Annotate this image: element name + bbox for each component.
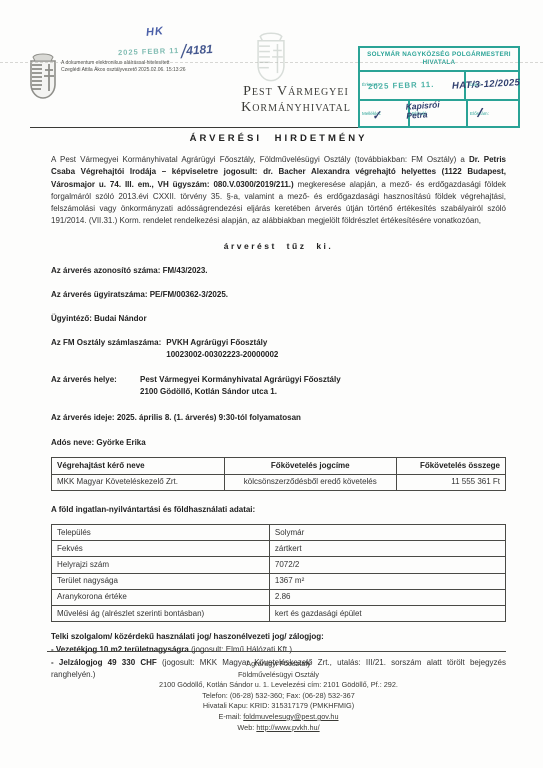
watermark-coat-of-arms-icon [253,30,289,86]
land-value-cultivation: kert és gazdasági épület [269,606,505,622]
claims-header-title: Főkövetelés jogcíme [224,458,397,474]
land-value-location: zártkert [269,541,505,557]
footer-phone-fax: Telefon: (06-28) 532-360; Fax: (06-28) 5… [51,691,506,702]
claims-creditor: MKK Magyar Követeléskezelő Zrt. [52,474,225,490]
land-label-goldcrown: Aranykorona értéke [52,589,270,605]
stamp-number-handwritten: HAT/3-12/2025 [452,77,521,92]
footer-address: 2100 Gödöllő, Kotlán Sándor u. 1. Levele… [51,680,506,691]
document-title: ÁRVERÉSI HIRDETMÉNY [51,133,506,145]
handwritten-number: /4181 [180,40,213,64]
land-row-area: Terület nagysága 1367 m² [52,573,506,589]
encumbrances-title: Telki szolgalom/ közérdekű használati jo… [51,631,506,643]
account-line1: PVKH Agrárügyi Főosztály [166,337,278,349]
footer-email-label: E-mail: [218,712,243,721]
venue-line2: 2100 Gödöllő, Kotlán Sándor utca 1. [140,386,341,398]
claims-data-row: MKK Magyar Követeléskezelő Zrt. kölcsöns… [52,474,506,490]
land-row-cultivation: Művelési ág (alrészlet szerinti bontásba… [52,606,506,622]
land-value-parcel: 7072/2 [269,557,505,573]
venue-values: Pest Vármegyei Kormányhivatal Agrárügyi … [140,374,341,398]
stamp-prenumber-mark: / [477,105,483,120]
account-number-block: Az FM Osztály számlaszáma: PVKH Agrárügy… [51,337,506,361]
footer-contact-block: Agrárügyi Főosztály Földművelésügyi Oszt… [51,659,506,733]
scanned-document-page: HK 2025 FEBR 11/4181 A dokumentum elektr… [0,0,543,768]
claims-claim-title: kölcsönszerződésből eredő követelés [224,474,397,490]
land-label-area: Terület nagysága [52,573,270,589]
land-label-settlement: Település [52,525,270,541]
stamp-number-cell: Szám: HAT/3-12/2025 [464,72,518,99]
stamp-clerk-cell: Előadó: Kapisrói Petra [408,101,466,126]
footer-division: Földművelésügyi Osztály [51,670,506,681]
stamp-prenumber-cell: Előszám: / [466,101,518,126]
land-row-settlement: Település Solymár [52,525,506,541]
date-stamp-top: 2025 FEBR 11 [118,46,179,57]
footer-web-link: http://www.pvkh.hu/ [256,723,319,732]
footer-email-line: E-mail: foldmuvelesugy@pest.gov.hu [51,712,506,723]
stamp-attachment-cell: Melléklet: ✓ [360,101,408,126]
stamp-received-date: 2025 FEBR 11. [368,80,435,91]
auction-time-line: Az árverés ideje: 2025. április 8. (1. á… [51,412,506,424]
clerk-line: Ügyintéző: Budai Nándor [51,313,506,325]
venue-label: Az árverés helye: [51,374,140,398]
land-label-location: Fekvés [52,541,270,557]
land-value-area: 1367 m² [269,573,505,589]
land-label-parcel: Helyrajzi szám [52,557,270,573]
hungarian-coat-of-arms-icon [27,51,59,103]
account-values: PVKH Agrárügyi Főosztály 10023002-003022… [166,337,278,361]
esign-line2: Czeglédi Attila Ákos osztályvezető 2025.… [61,67,186,74]
claims-header-creditor: Végrehajtást kérő neve [52,458,225,474]
debtor-line: Adós neve: Györke Erika [51,437,506,449]
intro-part1: A Pest Vármegyei Kormányhivatal Agrárügy… [51,155,469,164]
land-label-cultivation: Művelési ág (alrészlet szerinti bontásba… [52,606,270,622]
venue-block: Az árverés helye: Pest Vármegyei Kormány… [51,374,506,398]
account-line2: 10023002-00302223-20000002 [166,349,278,361]
easement-rest: (jogosult: Elmű Hálózati Kft.) [189,645,292,654]
stamp-office-title: SOLYMÁR NAGYKÖZSÉG POLGÁRMESTERI HIVATAL… [360,48,518,72]
footer-email-link: foldmuvelesugy@pest.gov.hu [243,712,338,721]
intro-paragraph: A Pest Vármegyei Kormányhivatal Agrárügy… [51,154,506,227]
land-value-settlement: Solymár [269,525,505,541]
land-row-location: Fekvés zártkert [52,541,506,557]
footer-web-line: Web: http://www.pvkh.hu/ [51,723,506,734]
footer-department: Agrárügyi Főosztály [51,659,506,670]
claims-header-row: Végrehajtást kérő neve Főkövetelés jogcí… [52,458,506,474]
handwritten-registry-note: HK 2025 FEBR 11/4181 [118,22,248,63]
land-row-goldcrown: Aranykorona értéke 2.86 [52,589,506,605]
handwritten-initials: HK [145,25,164,39]
case-number-line: Az árverés ügyiratszáma: PE/FM/00362-3/2… [51,289,506,301]
land-data-table: Település Solymár Fekvés zártkert Helyra… [51,524,506,622]
claims-amount: 11 555 361 Ft [397,474,506,490]
claims-header-amount: Főkövetelés összege [397,458,506,474]
footer-web-label: Web: [237,723,256,732]
footer-divider [47,651,506,652]
footer-hivatali-kapu: Hivatali Kapu: KRID: 315317179 (PMKHFMIG… [51,701,506,712]
stamp-clerk-handwritten: Kapisrói Petra [405,99,456,120]
venue-line1: Pest Vármegyei Kormányhivatal Agrárügyi … [140,374,341,386]
land-data-heading: A föld ingatlan-nyilvántartási és földha… [51,504,506,516]
document-body: ÁRVERÉSI HIRDETMÉNY A Pest Vármegyei Kor… [51,133,506,681]
land-row-parcel: Helyrajzi szám 7072/2 [52,557,506,573]
account-label: Az FM Osztály számlaszáma: [51,337,161,361]
easement-bold: - Vezetékjog 10 m2 területnagyságra [51,645,189,654]
stamp-received-cell: Érkezett: 2025 FEBR 11. [360,72,464,99]
auction-declaration: árverést tűz ki. [51,240,506,252]
stamp-attachment-mark: ✓ [371,108,382,122]
claims-table: Végrehajtást kérő neve Főkövetelés jogcí… [51,457,506,490]
land-value-goldcrown: 2.86 [269,589,505,605]
auction-id-line: Az árverés azonosító száma: FM/43/2023. [51,265,506,277]
receiving-office-stamp: SOLYMÁR NAGYKÖZSÉG POLGÁRMESTERI HIVATAL… [358,46,520,128]
